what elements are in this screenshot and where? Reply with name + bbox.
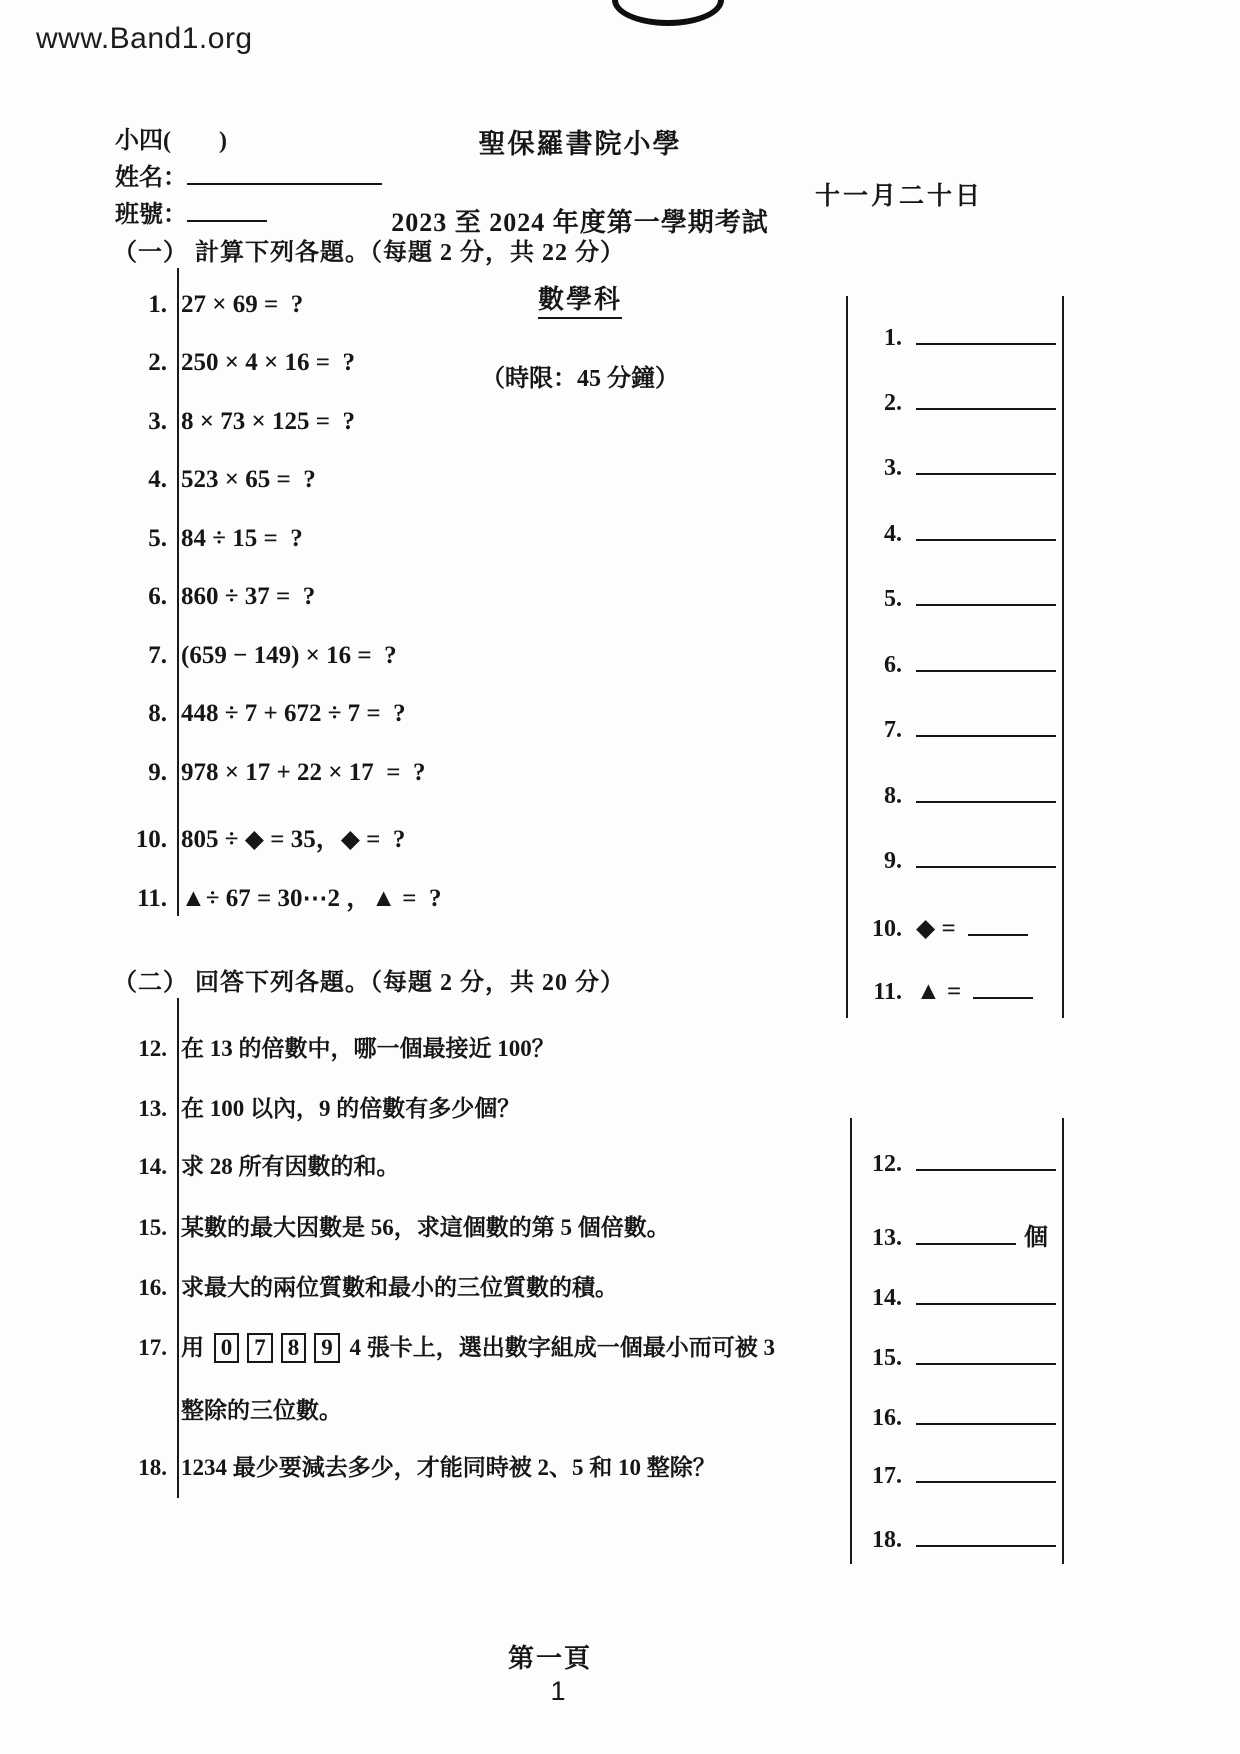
answer-blank (916, 324, 1056, 345)
question-row-11: 11.▲÷ 67 = 30⋯2 ，▲ = ? (115, 878, 441, 914)
question-row-8: 8.448 ÷ 7 + 672 ÷ 7 = ? (115, 700, 406, 728)
answer-row-8: 8. (856, 782, 1056, 810)
answer-number: 7. (856, 717, 902, 744)
question-row-13: 13.在 100 以內，9 的倍數有多少個？ (115, 1090, 520, 1123)
answer-number: 18. (856, 1527, 902, 1554)
answer-row-15: 15. (856, 1344, 1056, 1372)
question-text-body: 4 張卡上，選出數字組成一個最小而可被 3 (350, 1335, 776, 1360)
question-row-12: 12.在 13 的倍數中，哪一個最接近 100？ (115, 1030, 555, 1063)
answer-blank (916, 454, 1056, 475)
exam-date: 十一月二十日 (815, 176, 983, 212)
section2-heading: （二） 回答下列各題。（每題 2 分，共 20 分） (113, 962, 625, 997)
question-text: 求 28 所有因數的和。 (181, 1154, 400, 1179)
answer-box-2-left-border (850, 1118, 852, 1564)
diamond-symbol-label: ◆ = (916, 913, 956, 943)
question-row-10: 10.805 ÷ ◆ = 35，◆ = ? (115, 819, 405, 855)
answer-number: 8. (856, 783, 902, 810)
answer-row-12: 12. (856, 1150, 1056, 1178)
answer-blank (968, 915, 1028, 936)
answer-blank (916, 1344, 1056, 1365)
class-no-field: 班號： (115, 194, 267, 229)
question-number: 15. (115, 1215, 167, 1241)
answer-row-4: 4. (856, 520, 1056, 548)
question-text: 8 × 73 × 125 = ? (181, 408, 355, 435)
answer-row-5: 5. (856, 585, 1056, 613)
question-number: 4. (115, 466, 167, 494)
question-text: 805 ÷ ◆ = 35，◆ = ? (181, 826, 405, 853)
answer-row-7: 7. (856, 716, 1056, 744)
answer-number: 13. (856, 1225, 902, 1252)
question-row-18: 18.1234 最少要減去多少，才能同時被 2、5 和 10 整除？ (115, 1449, 716, 1482)
question-number: 17. (115, 1335, 167, 1361)
answer-row-16: 16. (856, 1404, 1056, 1432)
question-text: 某數的最大因數是 56，求這個數的第 5 個倍數。 (181, 1215, 670, 1240)
question-text: 在 100 以內，9 的倍數有多少個？ (181, 1096, 520, 1121)
answer-number: 9. (856, 848, 902, 875)
answer-number: 17. (856, 1463, 902, 1490)
name-label: 姓名： (115, 165, 187, 191)
answer-number: 11. (856, 979, 902, 1006)
question-number: 10. (115, 826, 167, 854)
school-name: 聖保羅書院小學 (340, 122, 820, 161)
answer-blank (916, 1150, 1056, 1171)
answer-number: 1. (856, 325, 902, 352)
answer-blank (916, 1462, 1056, 1483)
question-row-4: 4.523 × 65 = ? (115, 466, 316, 494)
question-text: 978 × 17 + 22 × 17 = ? (181, 759, 425, 786)
answer-blank (916, 1224, 1016, 1245)
question-text: (659 − 149) × 16 = ? (181, 642, 397, 669)
answer-row-6: 6. (856, 651, 1056, 679)
answer-number: 16. (856, 1405, 902, 1432)
question-row-7: 7.(659 − 149) × 16 = ? (115, 642, 397, 670)
answer-row-17: 17. (856, 1462, 1056, 1490)
answer-number: 12. (856, 1151, 902, 1178)
answer-number: 14. (856, 1285, 902, 1312)
answer-row-18: 18. (856, 1526, 1056, 1554)
question-number: 1. (115, 291, 167, 319)
question-text: 84 ÷ 15 = ? (181, 525, 303, 552)
answer-row-1: 1. (856, 324, 1056, 352)
question-number: 13. (115, 1096, 167, 1122)
name-blank (187, 161, 382, 185)
answer-row-9: 9. (856, 847, 1056, 875)
answer-row-10: 10.◆ = (856, 913, 1028, 943)
question-text: 523 × 65 = ? (181, 466, 316, 493)
answer-unit-label: 個 (1024, 1225, 1048, 1251)
question-number: 2. (115, 349, 167, 377)
section1-heading: （一） 計算下列各題。（每題 2 分，共 22 分） (113, 232, 625, 267)
answer-blank (916, 1526, 1056, 1547)
question-text-prefix: 用 (181, 1335, 204, 1360)
question-text: 用 0789 4 張卡上，選出數字組成一個最小而可被 3 (181, 1335, 775, 1360)
question-row-5: 5.84 ÷ 15 = ? (115, 525, 303, 553)
answer-box-1-left-border (846, 296, 848, 1018)
question-text: 250 × 4 × 16 = ? (181, 349, 355, 376)
question-text: 448 ÷ 7 + 672 ÷ 7 = ? (181, 700, 406, 727)
answer-blank (916, 716, 1056, 737)
question-row-16: 16.求最大的兩位質數和最小的三位質數的積。 (115, 1269, 618, 1302)
question-text: ▲÷ 67 = 30⋯2 ，▲ = ? (181, 885, 441, 912)
answer-blank (916, 1284, 1056, 1305)
question-number: 3. (115, 408, 167, 436)
question-row-6: 6.860 ÷ 37 = ? (115, 583, 315, 611)
answer-number: 2. (856, 390, 902, 417)
question-text: 1234 最少要減去多少，才能同時被 2、5 和 10 整除？ (181, 1455, 716, 1480)
question-row-17-line2: 整除的三位數。 (181, 1392, 342, 1425)
question-number: 5. (115, 525, 167, 553)
answer-number: 6. (856, 652, 902, 679)
question-row-9: 9.978 × 17 + 22 × 17 = ? (115, 759, 425, 787)
question-number: 7. (115, 642, 167, 670)
digit-card-8: 8 (281, 1333, 307, 1363)
question-number: 16. (115, 1275, 167, 1301)
digit-card-0: 0 (214, 1333, 240, 1363)
answer-number: 5. (856, 586, 902, 613)
answer-number: 3. (856, 455, 902, 482)
answer-number: 4. (856, 521, 902, 548)
question-number: 9. (115, 759, 167, 787)
triangle-symbol-label: ▲ = (916, 978, 961, 1006)
answer-row-3: 3. (856, 454, 1056, 482)
answer-blank (916, 1404, 1056, 1425)
question-row-1: 1.27 × 69 = ? (115, 291, 303, 319)
question-number: 11. (115, 885, 167, 913)
question-divider-line-2 (177, 998, 179, 1498)
question-row-3: 3.8 × 73 × 125 = ? (115, 408, 355, 436)
question-number: 6. (115, 583, 167, 611)
exam-paper-page: www.Band1.org 聖保羅書院小學 2023 至 2024 年度第一學期… (0, 0, 1240, 1754)
footer-page-number: 1 (478, 1676, 638, 1707)
question-number: 12. (115, 1036, 167, 1062)
class-no-label: 班號： (115, 202, 187, 228)
question-number: 18. (115, 1455, 167, 1481)
class-label: 小四( ) (115, 120, 227, 155)
class-no-blank (187, 198, 267, 222)
footer-page-label: 第一頁 (470, 1638, 630, 1675)
question-row-2: 2.250 × 4 × 16 = ? (115, 349, 355, 377)
answer-blank (916, 782, 1056, 803)
answer-row-11: 11.▲ = (856, 978, 1033, 1006)
question-row-14: 14.求 28 所有因數的和。 (115, 1148, 400, 1181)
answer-row-2: 2. (856, 389, 1056, 417)
question-text: 求最大的兩位質數和最小的三位質數的積。 (181, 1275, 618, 1300)
answer-box-1-right-border (1062, 296, 1064, 1018)
answer-row-14: 14. (856, 1284, 1056, 1312)
answer-blank (916, 847, 1056, 868)
name-field: 姓名： (115, 157, 382, 192)
answer-blank (916, 585, 1056, 606)
answer-number: 15. (856, 1345, 902, 1372)
answer-row-13: 13.個 (856, 1217, 1048, 1252)
answer-blank (916, 651, 1056, 672)
answer-blank (916, 389, 1056, 410)
digit-card-7: 7 (247, 1333, 273, 1363)
question-row-17: 17.用 0789 4 張卡上，選出數字組成一個最小而可被 3 (115, 1329, 775, 1363)
question-row-15: 15.某數的最大因數是 56，求這個數的第 5 個倍數。 (115, 1209, 670, 1242)
answer-box-2-right-border (1062, 1118, 1064, 1564)
subject-title: 數學科 (538, 279, 622, 319)
time-limit: （時限：45 分鐘） (340, 358, 820, 393)
digit-card-9: 9 (314, 1333, 340, 1363)
question-text: 在 13 的倍數中，哪一個最接近 100？ (181, 1036, 555, 1061)
scan-artifact-mark (612, 0, 724, 26)
answer-blank (916, 520, 1056, 541)
watermark-url: www.Band1.org (36, 22, 253, 56)
question-number: 14. (115, 1154, 167, 1180)
question-text: 860 ÷ 37 = ? (181, 583, 315, 610)
answer-blank (973, 978, 1033, 999)
question-number: 8. (115, 700, 167, 728)
question-text: 27 × 69 = ? (181, 291, 303, 318)
answer-number: 10. (856, 916, 902, 943)
